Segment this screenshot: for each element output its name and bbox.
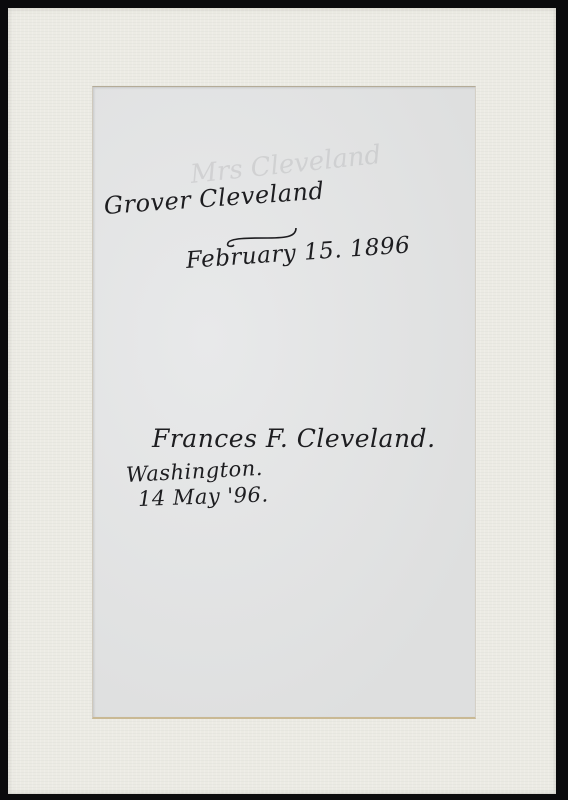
signature-frances-cleveland: Frances F. Cleveland.	[152, 424, 436, 453]
date-2: 14 May '96.	[138, 482, 269, 511]
